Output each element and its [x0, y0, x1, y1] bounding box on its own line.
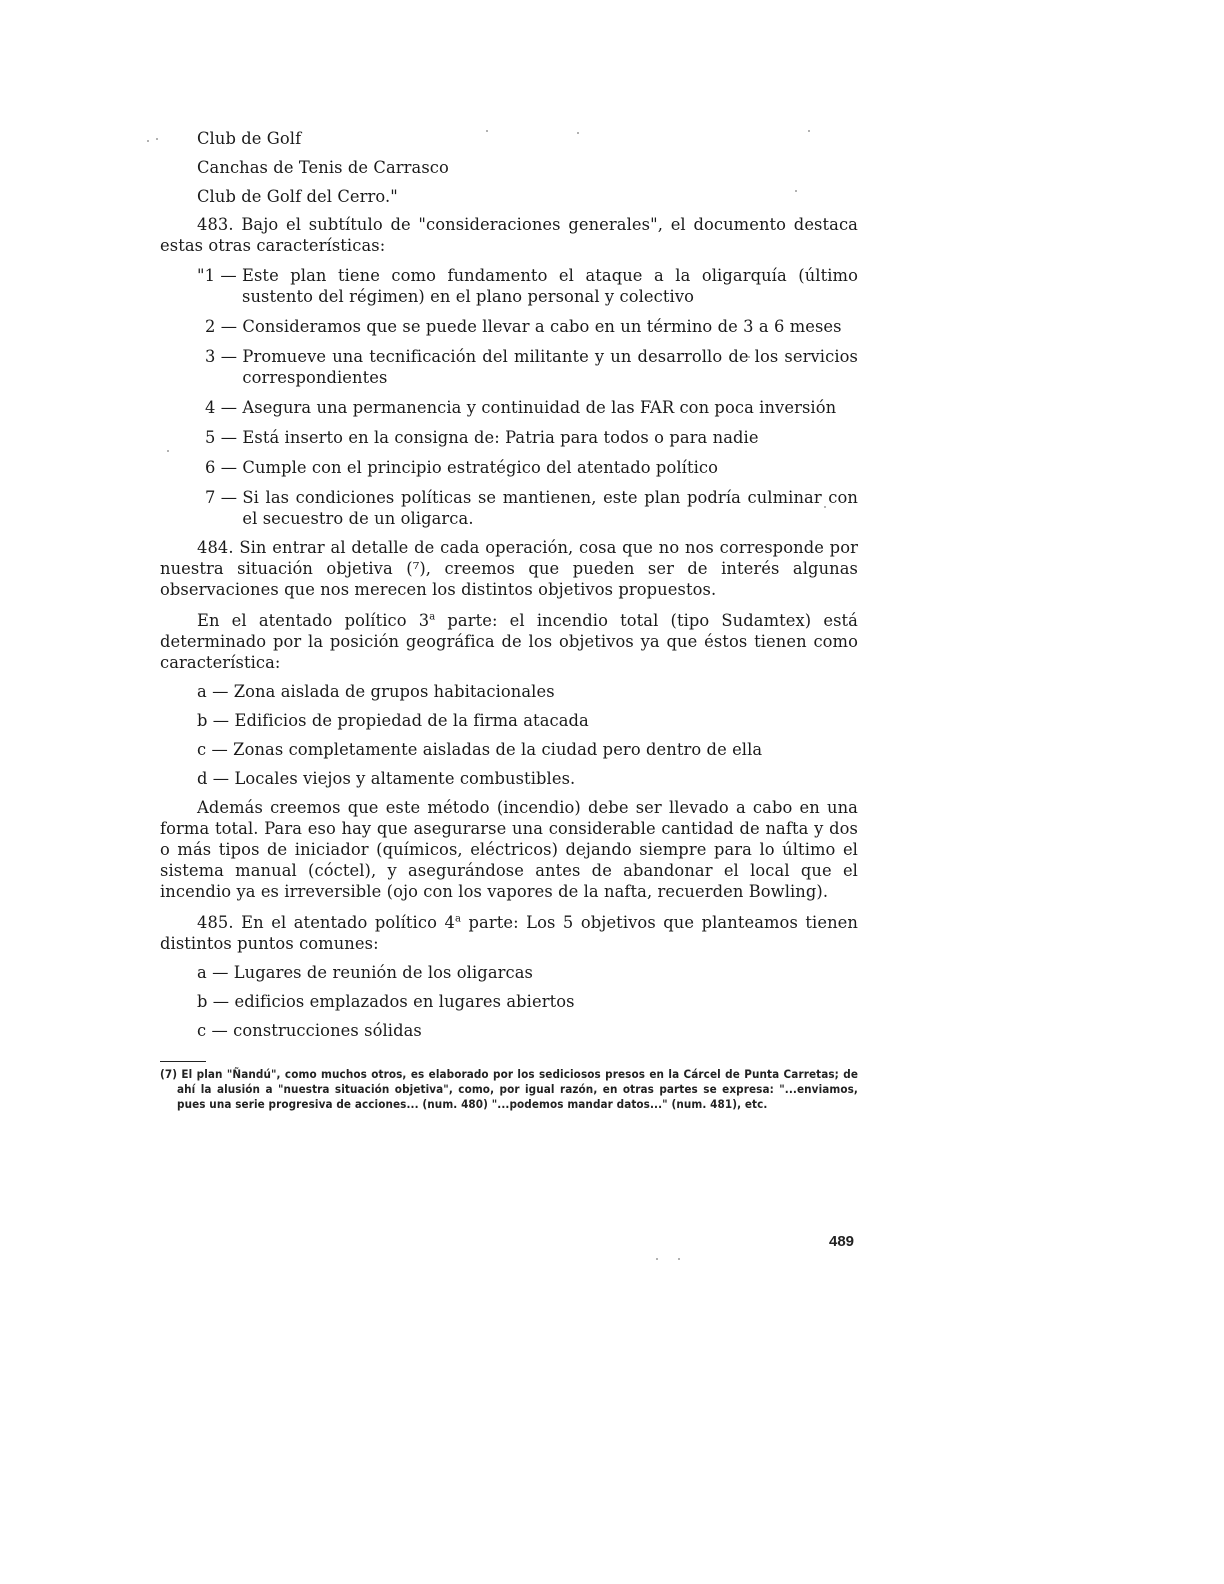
consideration-item: 4 — Asegura una permanencia y continuida… — [160, 397, 858, 418]
item-number: 7 — — [205, 487, 242, 529]
list-item: Club de Golf — [160, 128, 858, 149]
paragraph-483: 483. Bajo el subtítulo de "consideracion… — [160, 214, 858, 256]
scan-speck — [486, 130, 488, 132]
paragraph-third-part: En el atentado político 3a parte: el inc… — [160, 610, 858, 673]
consideration-item: 3 — Promueve una tecnificación del milit… — [160, 346, 858, 388]
scan-speck — [577, 132, 579, 134]
consideration-item: 5 — Está inserto en la consigna de: Patr… — [160, 427, 858, 448]
item-number: 3 — — [205, 346, 242, 388]
characteristic-item: b — Edificios de propiedad de la firma a… — [160, 710, 858, 731]
scan-speck — [678, 1258, 680, 1260]
text-segment: 485. En el atentado político 4 — [197, 913, 455, 932]
document-page: Club de Golf Canchas de Tenis de Carrasc… — [160, 128, 858, 1124]
consideration-item: 2 — Consideramos que se puede llevar a c… — [160, 316, 858, 337]
item-number: 6 — — [205, 457, 242, 478]
list-item: Canchas de Tenis de Carrasco — [160, 157, 858, 178]
footnote-divider — [160, 1061, 206, 1062]
scan-speck — [167, 450, 169, 452]
paragraph-484: 484. Sin entrar al detalle de cada opera… — [160, 537, 858, 600]
item-number: 5 — — [205, 427, 242, 448]
consideration-item: 7 — Si las condiciones políticas se mant… — [160, 487, 858, 529]
consideration-item: "1 — Este plan tiene como fundamento el … — [160, 265, 858, 307]
item-text: Está inserto en la consigna de: Patria p… — [242, 427, 858, 448]
text-segment: En el atentado político 3 — [197, 611, 429, 630]
footnote: (7) El plan "Ñandú", como muchos otros, … — [160, 1067, 858, 1112]
item-text: Este plan tiene como fundamento el ataqu… — [242, 265, 858, 307]
scan-speck — [147, 140, 149, 142]
page-number: 489 — [829, 1233, 854, 1250]
common-point-item: b — edificios emplazados en lugares abie… — [160, 991, 858, 1012]
paragraph-485: 485. En el atentado político 4a parte: L… — [160, 912, 858, 954]
item-number: 4 — — [205, 397, 242, 418]
item-text: Si las condiciones políticas se mantiene… — [242, 487, 858, 529]
scan-speck — [808, 130, 810, 132]
common-point-item: c — construcciones sólidas — [160, 1020, 858, 1041]
item-number: 2 — — [205, 316, 242, 337]
paragraph-ademas: Además creemos que este método (incendio… — [160, 797, 858, 902]
item-text: Asegura una permanencia y continuidad de… — [242, 397, 858, 418]
characteristic-item: d — Locales viejos y altamente combustib… — [160, 768, 858, 789]
scan-speck — [748, 356, 750, 358]
consideration-item: 6 — Cumple con el principio estratégico … — [160, 457, 858, 478]
common-point-item: a — Lugares de reunión de los oligarcas — [160, 962, 858, 983]
characteristic-item: c — Zonas completamente aisladas de la c… — [160, 739, 858, 760]
scan-speck — [824, 506, 826, 508]
scan-speck — [656, 1258, 658, 1260]
item-text: Consideramos que se puede llevar a cabo … — [242, 316, 858, 337]
item-number: "1 — — [197, 265, 242, 307]
list-item: Club de Golf del Cerro." — [160, 186, 858, 207]
item-text: Cumple con el principio estratégico del … — [242, 457, 858, 478]
scan-speck — [795, 190, 797, 192]
scan-speck — [156, 138, 158, 140]
item-text: Promueve una tecnificación del militante… — [242, 346, 858, 388]
characteristic-item: a — Zona aislada de grupos habitacionale… — [160, 681, 858, 702]
